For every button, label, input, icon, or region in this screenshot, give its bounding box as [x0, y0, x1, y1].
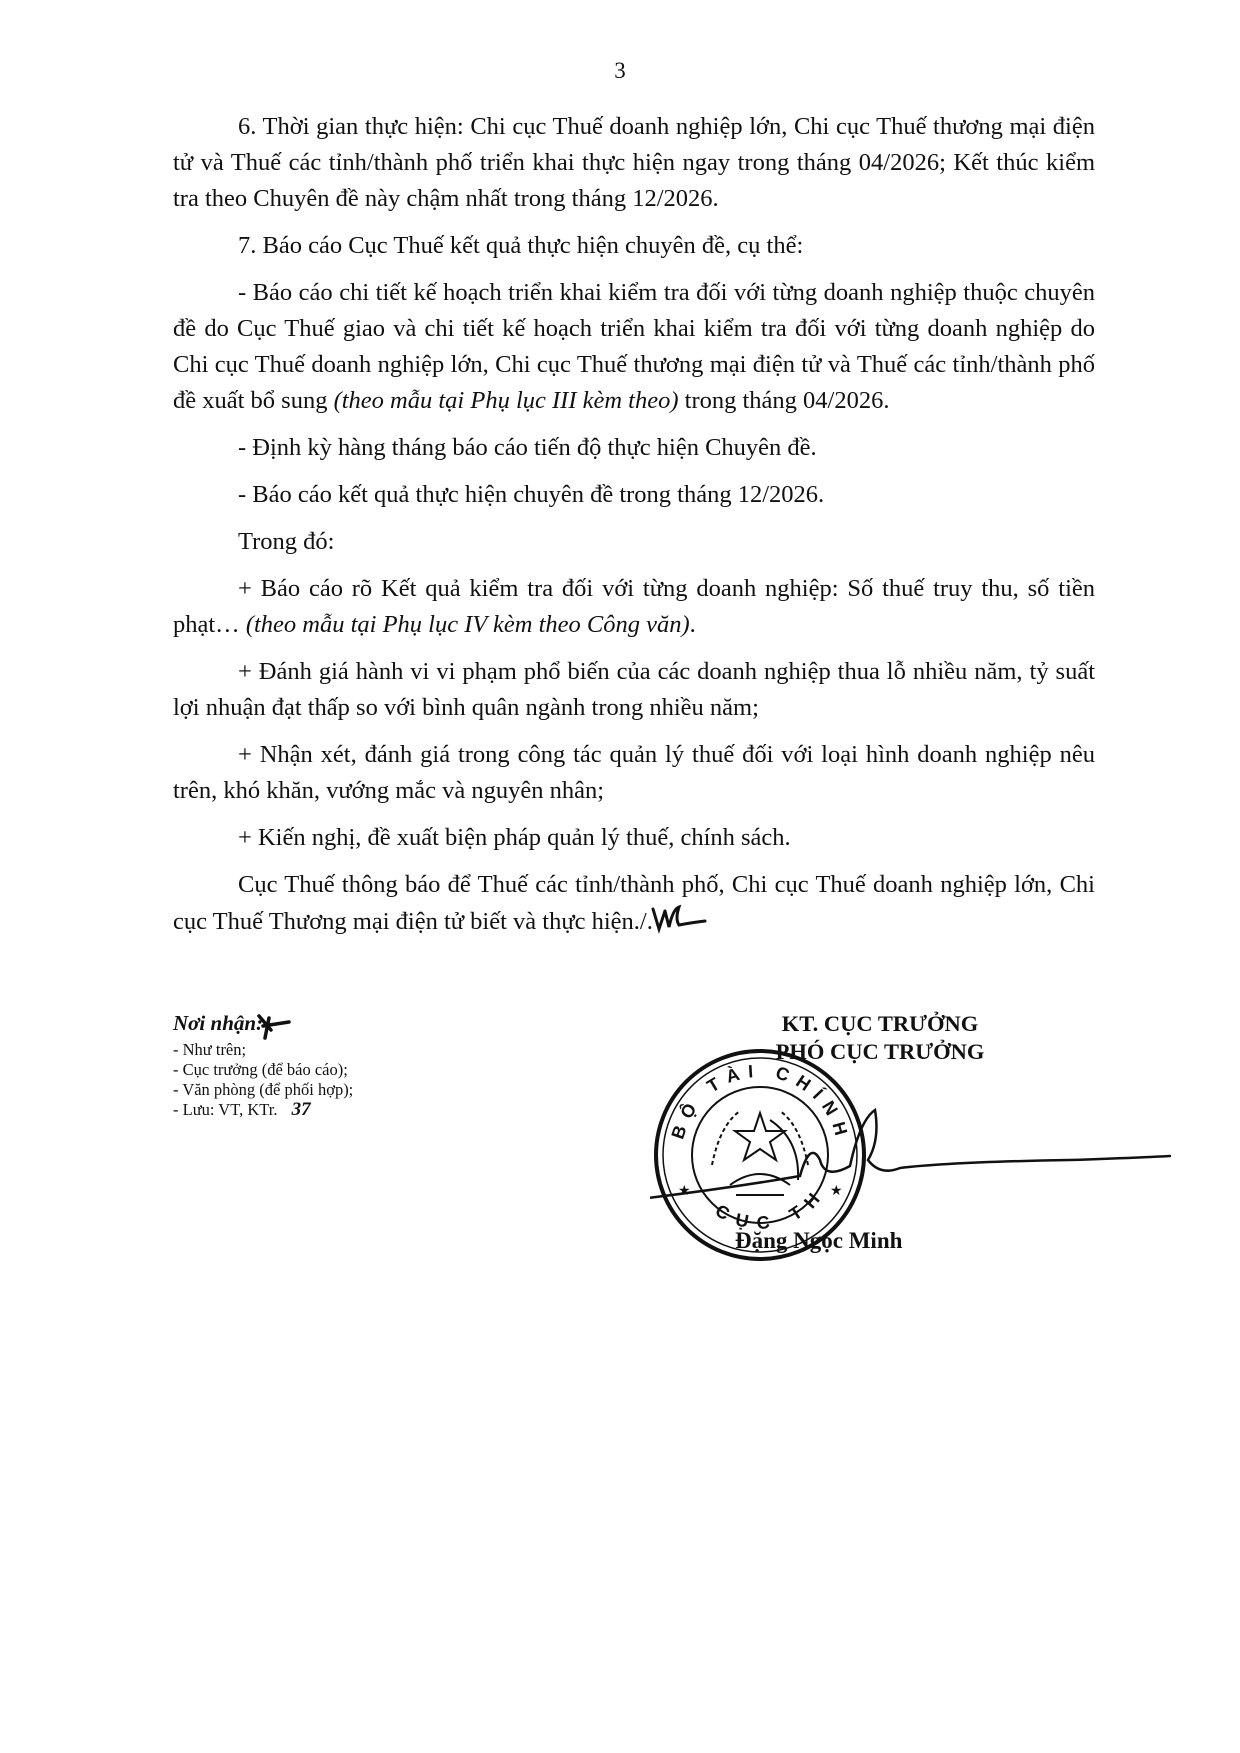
paragraph-in-which: Trong đó: — [173, 524, 1095, 560]
appendix-reference: (theo mẫu tại Phụ lục III kèm theo) — [334, 387, 679, 414]
paragraph-text: + Đánh giá hành vi vi phạm phổ biến của … — [173, 658, 1095, 721]
handwritten-note: 37 — [292, 1099, 311, 1120]
recipients-block: Nơi nhận: - Như trên; - Cục trưởng (để b… — [173, 1012, 353, 1120]
recipients-title: Nơi nhận: — [173, 1012, 353, 1040]
recipients-title-text: Nơi nhận: — [173, 1011, 263, 1035]
recipient-item: - Văn phòng (để phối hợp); — [173, 1080, 353, 1100]
paragraph-text: - Định kỳ hàng tháng báo cáo tiến độ thự… — [238, 434, 817, 461]
paragraph-text: . — [690, 611, 696, 638]
signature-block: KT. CỤC TRƯỞNG PHÓ CỤC TRƯỞNG — [700, 1010, 1060, 1066]
paragraph-text: 6. Thời gian thực hiện: Chi cục Thuế doa… — [173, 113, 1095, 212]
signature-icon — [650, 1080, 1190, 1230]
handwritten-mark-icon — [255, 1012, 293, 1040]
paragraph-report-plan: - Báo cáo chi tiết kế hoạch triển khai k… — [173, 275, 1095, 419]
paragraph-violations: + Đánh giá hành vi vi phạm phổ biến của … — [173, 654, 1095, 726]
paragraph-text: 7. Báo cáo Cục Thuế kết quả thực hiện ch… — [238, 232, 803, 259]
paragraph-closing: Cục Thuế thông báo để Thuế các tỉnh/thàn… — [173, 867, 1095, 940]
paragraph-text: - Báo cáo kết quả thực hiện chuyên đề tr… — [238, 481, 824, 508]
paragraph-text: + Nhận xét, đánh giá trong công tác quản… — [173, 741, 1095, 804]
paragraph-text: trong tháng 04/2026. — [679, 387, 890, 414]
document-body: 6. Thời gian thực hiện: Chi cục Thuế doa… — [173, 109, 1095, 951]
paragraph-final-report: - Báo cáo kết quả thực hiện chuyên đề tr… — [173, 477, 1095, 513]
page-number: 3 — [0, 58, 1240, 84]
signer-authority: KT. CỤC TRƯỞNG — [700, 1010, 1060, 1038]
paragraph-text: Cục Thuế thông báo để Thuế các tỉnh/thàn… — [173, 871, 1095, 935]
paragraph-report-heading: 7. Báo cáo Cục Thuế kết quả thực hiện ch… — [173, 228, 1095, 264]
paragraph-text: + Kiến nghị, đề xuất biện pháp quản lý t… — [238, 824, 791, 851]
handwritten-initials-icon — [649, 903, 709, 937]
recipient-item: - Cục trưởng (để báo cáo); — [173, 1060, 353, 1080]
document-page: 3 6. Thời gian thực hiện: Chi cục Thuế d… — [0, 0, 1240, 1753]
paragraph-timeline: 6. Thời gian thực hiện: Chi cục Thuế doa… — [173, 109, 1095, 217]
signer-name: Đặng Ngọc Minh — [735, 1228, 902, 1254]
recipient-item: - Lưu: VT, KTr. 37 — [173, 1100, 353, 1120]
signer-title: PHÓ CỤC TRƯỞNG — [700, 1038, 1060, 1066]
paragraph-assessment: + Nhận xét, đánh giá trong công tác quản… — [173, 737, 1095, 809]
appendix-reference: (theo mẫu tại Phụ lục IV kèm theo Công v… — [246, 611, 690, 638]
recipient-item: - Như trên; — [173, 1040, 353, 1060]
paragraph-text: Trong đó: — [238, 528, 334, 555]
paragraph-results: + Báo cáo rõ Kết quả kiểm tra đối với từ… — [173, 571, 1095, 643]
paragraph-recommendations: + Kiến nghị, đề xuất biện pháp quản lý t… — [173, 820, 1095, 856]
paragraph-monthly-report: - Định kỳ hàng tháng báo cáo tiến độ thự… — [173, 430, 1095, 466]
recipient-item-text: - Lưu: VT, KTr. — [173, 1100, 277, 1119]
